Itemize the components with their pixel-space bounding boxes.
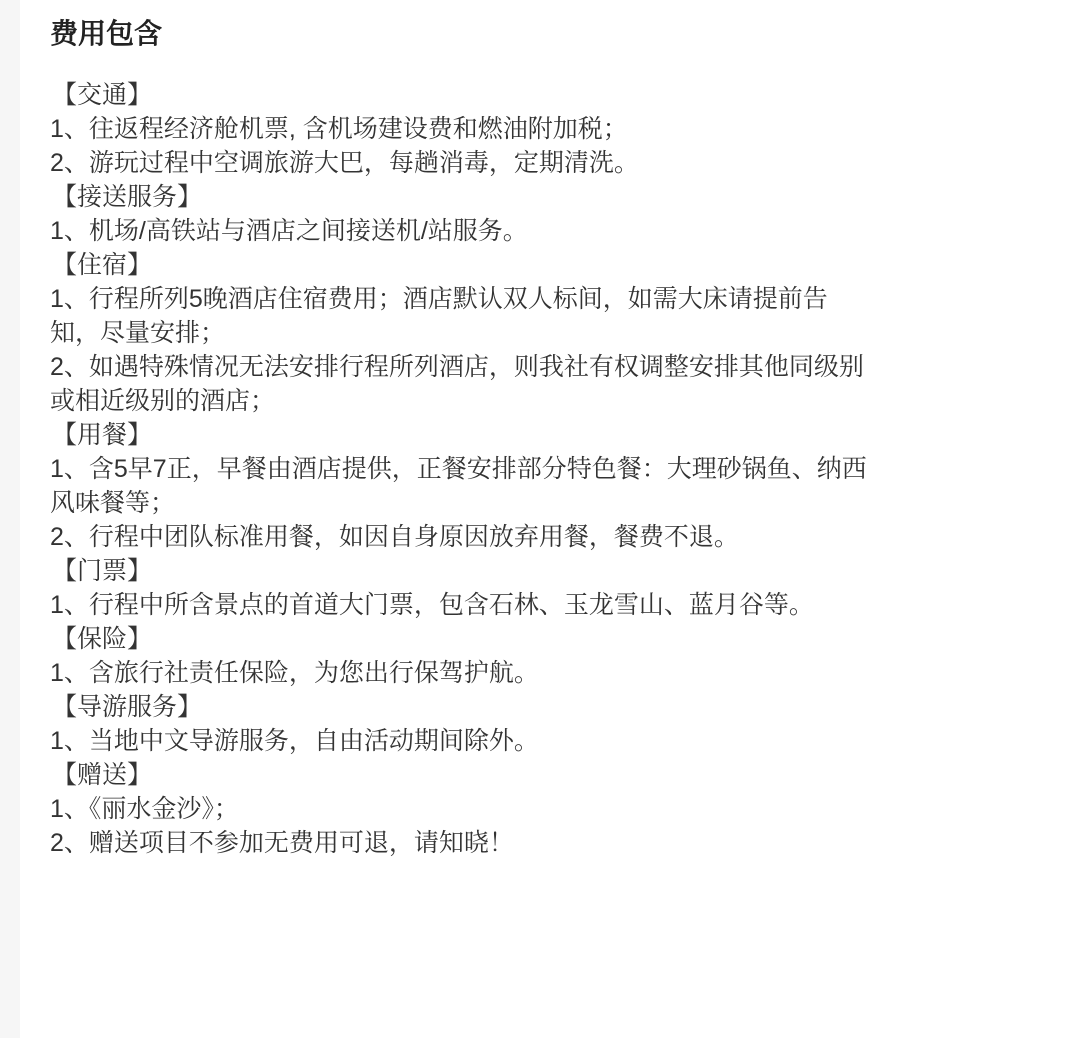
- section-insurance: 【保险】 1、含旅行社责任保险，为您出行保驾护航。: [50, 622, 1056, 690]
- section-heading: 【导游服务】: [52, 690, 1056, 724]
- left-gutter: [0, 0, 20, 1038]
- fee-includes-panel: 费用包含 【交通】 1、往返程经济舱机票, 含机场建设费和燃油附加税； 2、游玩…: [50, 12, 1056, 860]
- section-line: 2、赠送项目不参加无费用可退，请知晓！: [50, 826, 1056, 860]
- section-meals: 【用餐】 1、含5早7正，早餐由酒店提供，正餐安排部分特色餐：大理砂锅鱼、纳西 …: [50, 418, 1056, 554]
- section-line: 1、行程中所含景点的首道大门票，包含石林、玉龙雪山、蓝月谷等。: [50, 588, 1056, 622]
- section-transport: 【交通】 1、往返程经济舱机票, 含机场建设费和燃油附加税； 2、游玩过程中空调…: [50, 78, 1056, 180]
- section-line: 1、《丽水金沙》；: [50, 792, 1056, 826]
- section-line: 2、行程中团队标准用餐，如因自身原因放弃用餐，餐费不退。: [50, 520, 1056, 554]
- section-line: 知，尽量安排；: [50, 316, 1056, 350]
- page-title: 费用包含: [50, 12, 1056, 56]
- section-heading: 【用餐】: [52, 418, 1056, 452]
- section-line: 1、含5早7正，早餐由酒店提供，正餐安排部分特色餐：大理砂锅鱼、纳西: [50, 452, 1056, 486]
- section-line: 1、含旅行社责任保险，为您出行保驾护航。: [50, 656, 1056, 690]
- section-line: 1、当地中文导游服务，自由活动期间除外。: [50, 724, 1056, 758]
- section-line: 1、机场/高铁站与酒店之间接送机/站服务。: [50, 214, 1056, 248]
- section-heading: 【保险】: [52, 622, 1056, 656]
- section-guide: 【导游服务】 1、当地中文导游服务，自由活动期间除外。: [50, 690, 1056, 758]
- section-tickets: 【门票】 1、行程中所含景点的首道大门票，包含石林、玉龙雪山、蓝月谷等。: [50, 554, 1056, 622]
- section-accommodation: 【住宿】 1、行程所列5晚酒店住宿费用；酒店默认双人标间，如需大床请提前告 知，…: [50, 248, 1056, 418]
- section-transfer: 【接送服务】 1、机场/高铁站与酒店之间接送机/站服务。: [50, 180, 1056, 248]
- section-line: 2、游玩过程中空调旅游大巴，每趟消毒，定期清洗。: [50, 146, 1056, 180]
- section-line: 2、如遇特殊情况无法安排行程所列酒店，则我社有权调整安排其他同级别: [50, 350, 1056, 384]
- section-heading: 【门票】: [52, 554, 1056, 588]
- section-heading: 【赠送】: [52, 758, 1056, 792]
- section-heading: 【交通】: [52, 78, 1056, 112]
- section-line: 风味餐等；: [50, 486, 1056, 520]
- section-line: 1、往返程经济舱机票, 含机场建设费和燃油附加税；: [50, 112, 1056, 146]
- section-heading: 【接送服务】: [52, 180, 1056, 214]
- section-heading: 【住宿】: [52, 248, 1056, 282]
- section-line: 或相近级别的酒店；: [50, 384, 1056, 418]
- section-line: 1、行程所列5晚酒店住宿费用；酒店默认双人标间，如需大床请提前告: [50, 282, 1056, 316]
- section-gifts: 【赠送】 1、《丽水金沙》； 2、赠送项目不参加无费用可退，请知晓！: [50, 758, 1056, 860]
